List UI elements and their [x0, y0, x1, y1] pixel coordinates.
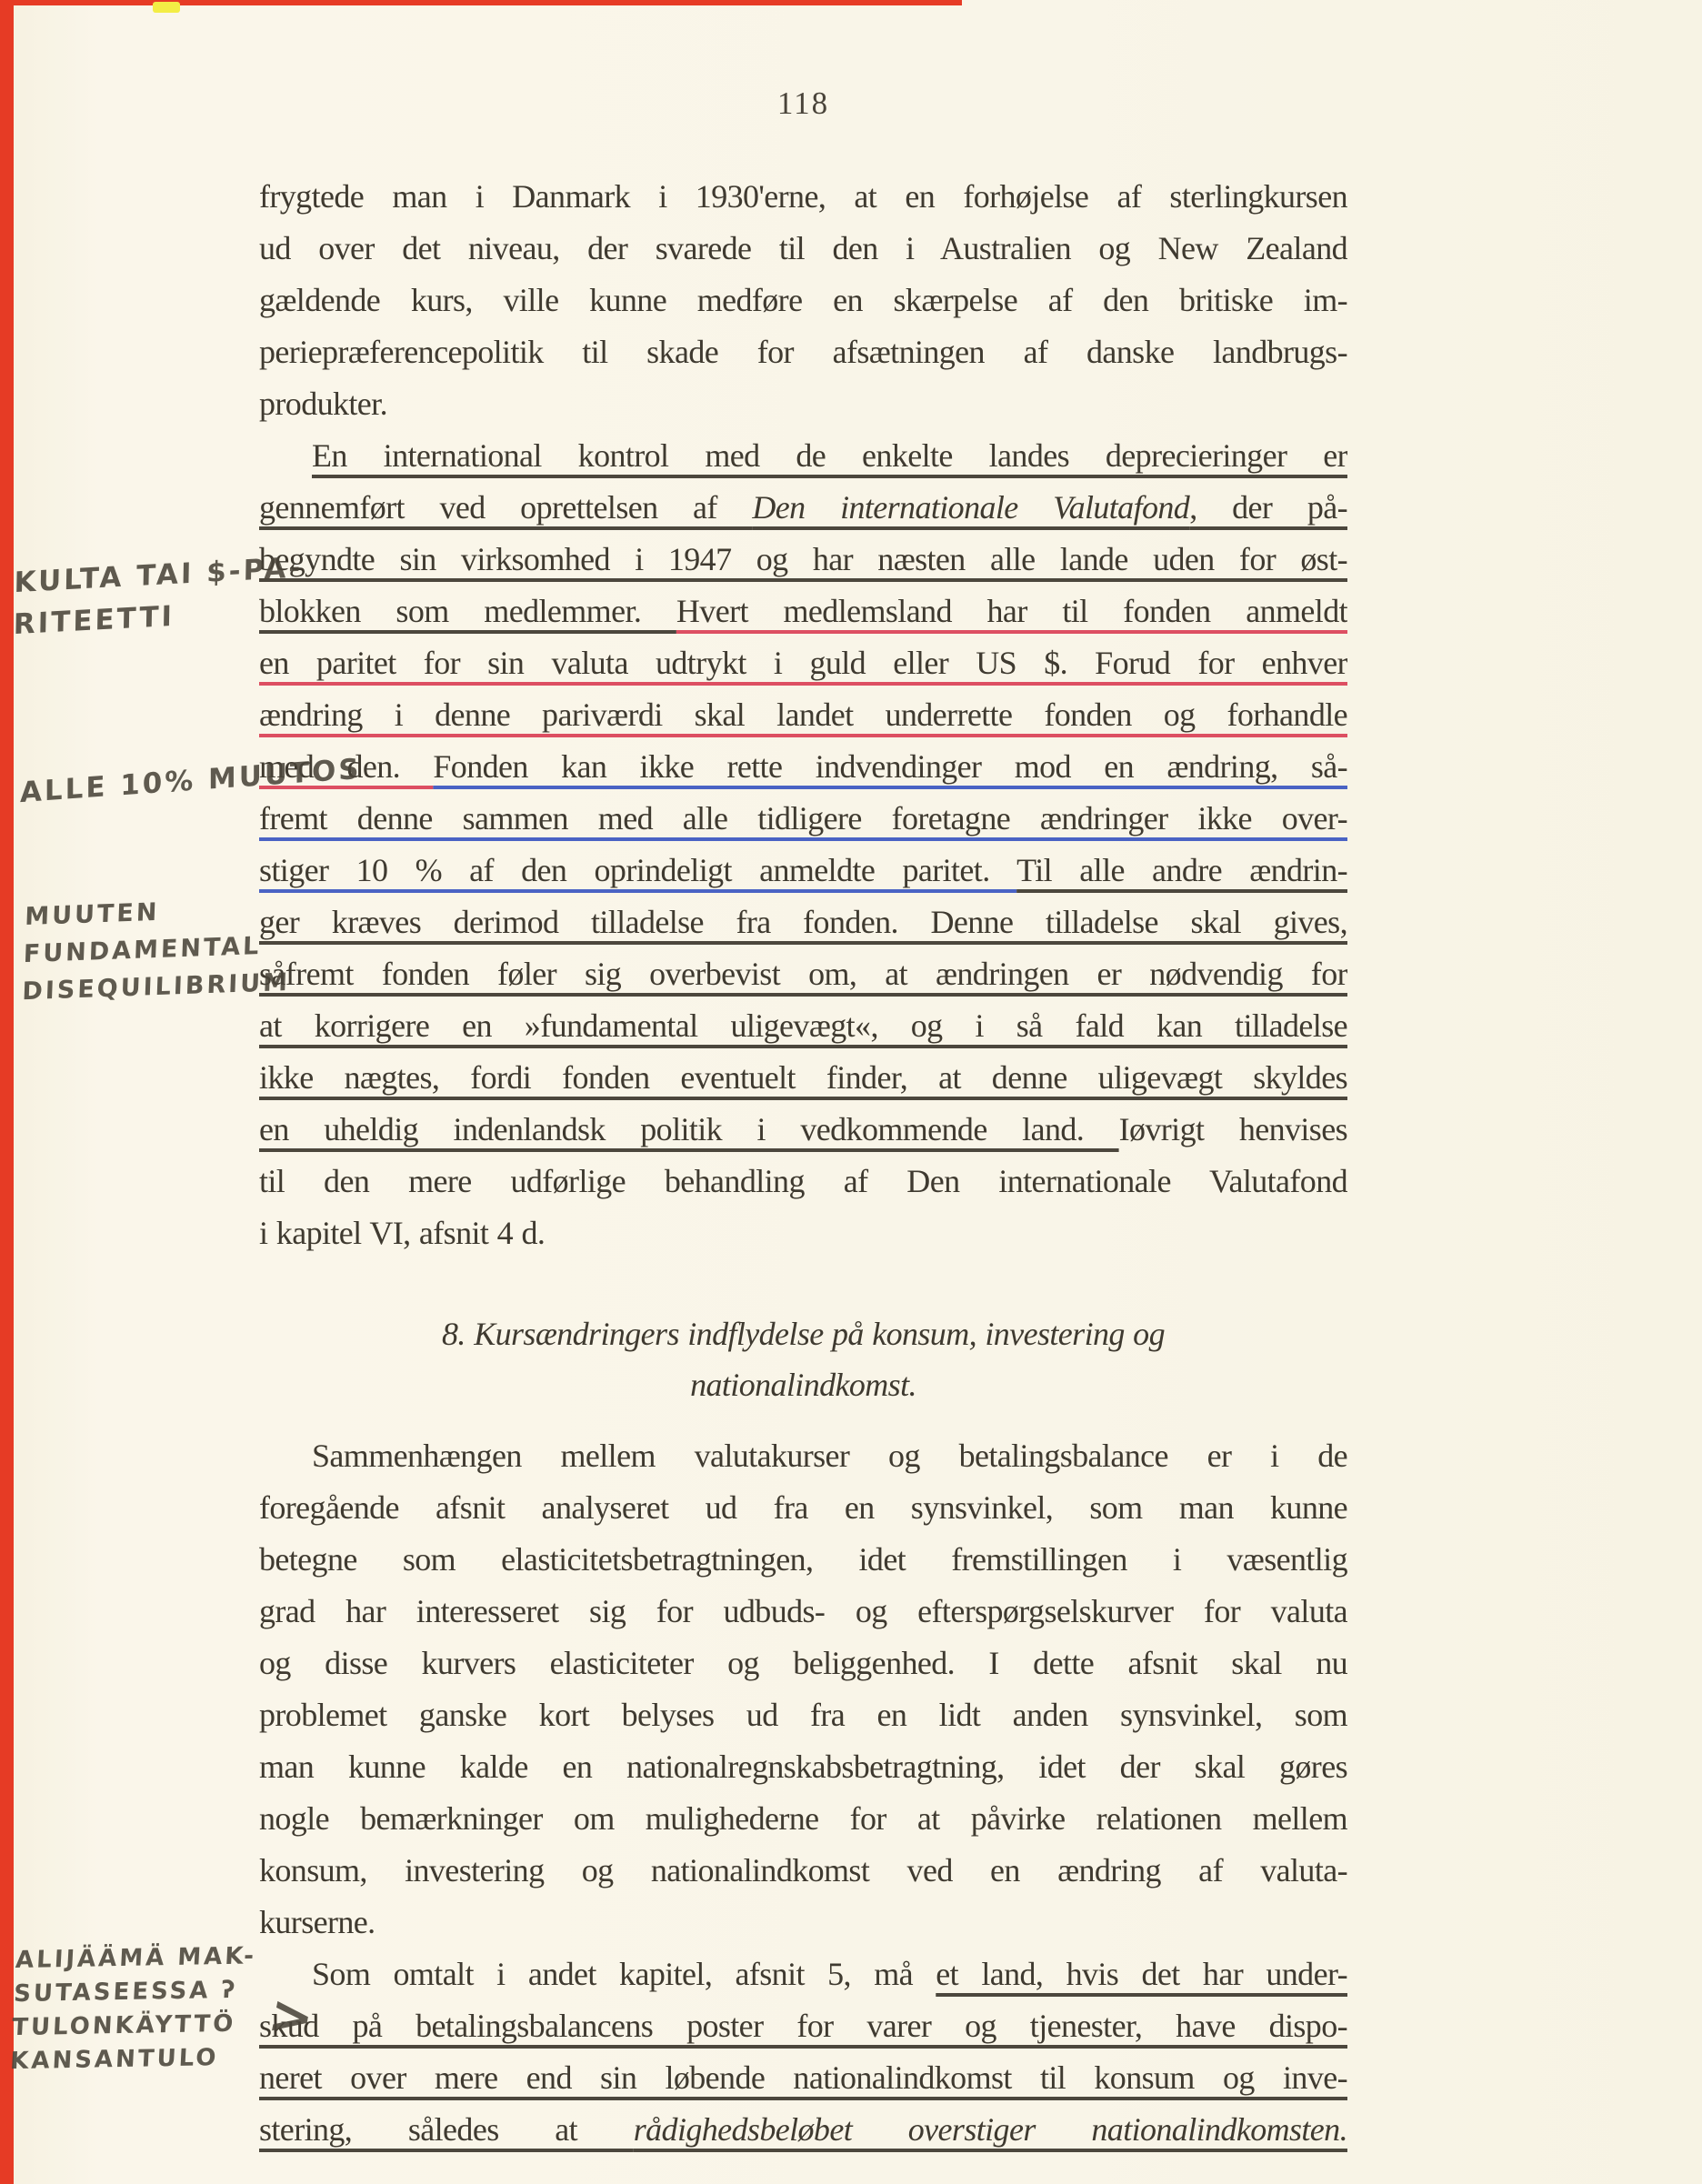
- text-line: problemet ganske kort belyses ud fra en …: [259, 1689, 1347, 1741]
- text-segment: og disse kurvers elasticiteter og beligg…: [259, 1645, 1347, 1681]
- text-segment: gældende kurs, ville kunne medføre en sk…: [259, 282, 1347, 318]
- text-line: stiger 10 % af den oprindeligt anmeldte …: [259, 845, 1347, 897]
- text-line: til den mere udførlige behandling af Den…: [259, 1156, 1347, 1207]
- text-line: produkter.: [259, 378, 1347, 430]
- text-segment: problemet ganske kort belyses ud fra en …: [259, 1697, 1347, 1733]
- text-line: skud på betalingsbalancens poster for va…: [259, 2000, 1347, 2052]
- text-segment: betegne som elasticitetsbetragtningen, i…: [259, 1541, 1347, 1578]
- note-gold-dollar-parity: KULTA TAI $-PA-RITEETTI: [13, 546, 303, 646]
- underlined-text-dark: en uheldig indenlandsk politik i vedkomm…: [259, 1111, 1119, 1147]
- text-line: periepræferencepolitik til skade for afs…: [259, 326, 1347, 378]
- handwritten-note-line: TULONKÄYTTÖ: [11, 2007, 254, 2045]
- heading-line: 8. Kursændringers indflydelse på konsum,…: [259, 1308, 1347, 1359]
- text-segment: 8. Kursændringers indflydelse på konsum,…: [442, 1316, 1165, 1352]
- text-line: såfremt fonden føler sig overbevist om, …: [259, 948, 1347, 1000]
- underlined-text-dark: skud på betalingsbalancens poster for va…: [259, 2008, 1347, 2044]
- text-line: man kunne kalde en nationalregnskabsbetr…: [259, 1741, 1347, 1793]
- text-segment: produkter.: [259, 386, 387, 422]
- text-segment: kurserne.: [259, 1904, 375, 1940]
- note-greater-than-arrow: >: [265, 1988, 321, 2045]
- underlined-text-dark: gennemført ved oprettelsen af: [259, 489, 752, 526]
- text-line: grad har interesseret sig for udbuds- og…: [259, 1586, 1347, 1638]
- underlined-text-dark: neret over mere end sin løbende national…: [259, 2059, 1347, 2096]
- text-line: en uheldig indenlandsk politik i vedkomm…: [259, 1104, 1347, 1156]
- underlined-text-dark: , der på-: [1189, 489, 1347, 526]
- text-line: ikke nægtes, fordi fonden eventuelt find…: [259, 1052, 1347, 1104]
- text-line: En international kontrol med de enkelte …: [259, 430, 1347, 482]
- heading-line: nationalindkomst.: [259, 1359, 1347, 1410]
- underlined-text-dark: En international kontrol med de enkelte …: [312, 437, 1347, 474]
- underlined-text-blue: stiger 10 % af den oprindeligt anmeldte …: [259, 852, 1016, 888]
- text-segment: konsum, investering og nationalindkomst …: [259, 1852, 1347, 1888]
- underlined-text-red: en paritet for sin valuta udtrykt i guld…: [259, 645, 1347, 681]
- text-line: ændring i denne pariværdi skal landet un…: [259, 689, 1347, 741]
- paragraph: Sammenhængen mellem valutakurser og beta…: [259, 1430, 1347, 1949]
- text-segment: nationalindkomst.: [690, 1367, 916, 1403]
- text-line: ger kræves derimod tilladelse fra fonden…: [259, 897, 1347, 948]
- scan-edge-red-topline: [0, 0, 962, 5]
- text-line: og disse kurvers elasticiteter og beligg…: [259, 1638, 1347, 1689]
- text-line: foregående afsnit analyseret ud fra en s…: [259, 1482, 1347, 1534]
- text-line: blokken som medlemmer. Hvert medlemsland…: [259, 586, 1347, 637]
- handwritten-note-line: ALIJÄÄMÄ MAK-: [15, 1939, 257, 1978]
- text-line: betegne som elasticitetsbetragtningen, i…: [259, 1534, 1347, 1586]
- text-line: Som omtalt i andet kapitel, afsnit 5, må…: [259, 1949, 1347, 2000]
- text-segment: ud over det niveau, der svarede til den …: [259, 230, 1347, 266]
- text-line: en paritet for sin valuta udtrykt i guld…: [259, 637, 1347, 689]
- text-line: i kapitel VI, afsnit 4 d.: [259, 1207, 1347, 1259]
- text-segment: Iøvrigt henvises: [1119, 1111, 1347, 1147]
- paragraph: En international kontrol med de enkelte …: [259, 430, 1347, 1259]
- page-number: 118: [259, 85, 1347, 122]
- underlined-text-blue: fremt denne sammen med alle tidligere fo…: [259, 800, 1347, 837]
- text-segment: frygtede man i Danmark i 1930'erne, at e…: [259, 178, 1347, 215]
- underlined-text-dark: såfremt fonden føler sig overbevist om, …: [259, 956, 1347, 992]
- scanned-book-page: 118 frygtede man i Danmark i 1930'erne, …: [0, 0, 1702, 2184]
- underlined-text-dark: blokken som medlemmer.: [259, 593, 676, 629]
- underlined-text-dark: rådighedsbeløbet overstiger nationalindk…: [634, 2111, 1347, 2148]
- note-fundamental-disequilibrium: MUUTENFUNDAMENTALDISEQUILIBRIUM: [22, 889, 294, 1011]
- underlined-text-dark: begyndte sin virksomhed i 1947 og har næ…: [259, 541, 1347, 577]
- text-line: neret over mere end sin løbende national…: [259, 2052, 1347, 2104]
- underlined-text-dark: Den internationale Valutafond: [752, 489, 1189, 526]
- paragraph: frygtede man i Danmark i 1930'erne, at e…: [259, 171, 1347, 430]
- text-segment: til den mere udførlige behandling af Den…: [259, 1163, 1347, 1199]
- text-line: konsum, investering og nationalindkomst …: [259, 1845, 1347, 1897]
- text-segment: Som omtalt i andet kapitel, afsnit 5, må: [312, 1956, 936, 1992]
- text-segment: Sammenhængen mellem valutakurser og beta…: [312, 1438, 1347, 1474]
- underlined-text-dark: Til alle andre ændrin-: [1016, 852, 1347, 888]
- underlined-text-red: ændring i denne pariværdi skal landet un…: [259, 696, 1347, 733]
- text-line: gennemført ved oprettelsen af Den intern…: [259, 482, 1347, 534]
- text-line: at korrigere en »fundamental uligevægt«,…: [259, 1000, 1347, 1052]
- handwritten-note-line: KANSANTULO: [9, 2040, 252, 2079]
- text-segment: i kapitel VI, afsnit 4 d.: [259, 1215, 545, 1251]
- text-line: kurserne.: [259, 1897, 1347, 1949]
- text-segment: grad har interesseret sig for udbuds- og…: [259, 1593, 1347, 1629]
- paragraph: Som omtalt i andet kapitel, afsnit 5, må…: [259, 1949, 1347, 2156]
- text-line: begyndte sin virksomhed i 1947 og har næ…: [259, 534, 1347, 586]
- scan-edge-red-stripe: [0, 0, 14, 2184]
- text-segment: periepræferencepolitik til skade for afs…: [259, 334, 1347, 370]
- handwritten-note-line: SUTASEESSA ʔ: [13, 1973, 255, 2011]
- text-segment: foregående afsnit analyseret ud fra en s…: [259, 1489, 1347, 1526]
- text-segment: man kunne kalde en nationalregnskabsbetr…: [259, 1748, 1347, 1785]
- underlined-text-dark: ikke nægtes, fordi fonden eventuelt find…: [259, 1059, 1347, 1096]
- text-line: frygtede man i Danmark i 1930'erne, at e…: [259, 171, 1347, 223]
- scan-edge-yellow-mark: [153, 2, 180, 13]
- text-line: nogle bemærkninger om mulighederne for a…: [259, 1793, 1347, 1845]
- underlined-text-dark: et land, hvis det har under-: [936, 1956, 1347, 1992]
- underlined-text-blue: Fonden kan ikke rette indvendinger mod e…: [433, 748, 1347, 785]
- underlined-text-dark: ger kræves derimod tilladelse fra fonden…: [259, 904, 1347, 940]
- text-line: fremt denne sammen med alle tidligere fo…: [259, 793, 1347, 845]
- text-line: med den. Fonden kan ikke rette indvendin…: [259, 741, 1347, 793]
- note-deficit-balance-of-payments: ALIJÄÄMÄ MAK-SUTASEESSA ʔTULONKÄYTTÖKANS…: [9, 1939, 257, 2079]
- text-line: stering, således at rådighedsbeløbet ove…: [259, 2104, 1347, 2156]
- section-heading: 8. Kursændringers indflydelse på konsum,…: [259, 1308, 1347, 1410]
- text-segment: nogle bemærkninger om mulighederne for a…: [259, 1800, 1347, 1837]
- text-column: frygtede man i Danmark i 1930'erne, at e…: [259, 171, 1347, 2156]
- underlined-text-dark: stering, således at: [259, 2111, 634, 2148]
- text-line: Sammenhængen mellem valutakurser og beta…: [259, 1430, 1347, 1482]
- underlined-text-dark: at korrigere en »fundamental uligevægt«,…: [259, 1007, 1347, 1044]
- text-line: gældende kurs, ville kunne medføre en sk…: [259, 275, 1347, 326]
- text-line: ud over det niveau, der svarede til den …: [259, 223, 1347, 275]
- handwritten-note-line: >: [265, 1988, 321, 2045]
- underlined-text-red: Hvert medlemsland har til fonden anmeldt: [676, 593, 1347, 629]
